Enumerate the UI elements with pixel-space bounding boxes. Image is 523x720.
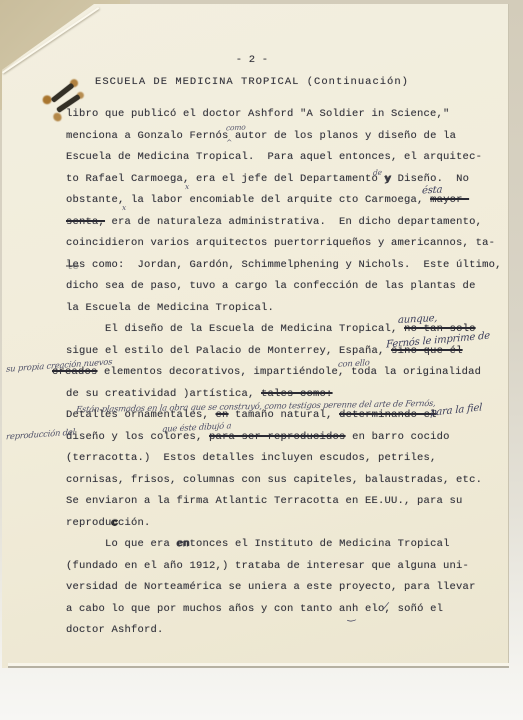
text-line-2: menciona a Gonzalo Fernós autor de los p…	[66, 126, 508, 148]
text-line-9: dicho sea de paso, tuvo a cargo la confe…	[66, 276, 508, 298]
handwritten-insertion-esta: ésta	[421, 179, 442, 202]
text-line-24: a cabo lo que por muchos años y con tant…	[66, 599, 508, 621]
text-line-1: libro que publicó el doctor Ashford "A S…	[66, 104, 508, 126]
text-line-17: (terracotta.) Estos detalles incluyen es…	[66, 448, 508, 470]
handwritten-insertion-aunque: aunque,	[397, 308, 437, 332]
text-line-10: la Escuela de Medicina Tropical.	[66, 298, 508, 320]
struck-text: senta,	[66, 216, 105, 228]
struck-text: determinando el	[339, 409, 437, 421]
document-page: - 2 - ESCUELA DE MEDICINA TROPICAL (Cont…	[2, 4, 509, 668]
handwritten-correction-de: de	[372, 161, 382, 183]
typed-text: to Rafael Carmoega, era el jefe del Depa…	[66, 173, 385, 185]
typed-text: Lo que era	[66, 538, 177, 550]
typed-text: dicho sea de paso, tuvo a cargo la confe…	[66, 280, 476, 292]
typed-text: elementos decorativos, impartiéndole,	[98, 366, 345, 378]
text-line-20: reproducción.	[66, 513, 508, 535]
typed-text: Se enviaron a la firma Atlantic Terracot…	[66, 495, 463, 507]
page-number: - 2 -	[66, 50, 438, 72]
text-line-19: Se enviaron a la firma Atlantic Terracot…	[66, 491, 508, 513]
typed-text: les como: Jordan, Gardón, Schimmelphenin…	[66, 259, 502, 271]
text-line-16: diseño y los colores, para ser reproduci…	[66, 427, 508, 449]
typed-text: Escuela de Medicina Tropical. Para aquel…	[66, 151, 482, 163]
text-line-13: creados elementos decorativos, impartién…	[66, 362, 508, 384]
typed-text: diseño y los colores,	[66, 431, 209, 443]
typed-text: coincidieron varios arquitectos puertorr…	[66, 237, 495, 249]
typed-text: obstante, la labor encomiable del arquit…	[66, 194, 430, 206]
sheet-edge	[6, 668, 508, 669]
typed-text: tamaño natural,	[229, 409, 340, 421]
rust-stain	[52, 111, 64, 123]
text-line-6: senta, era de naturaleza administrativa.…	[66, 212, 508, 234]
text-line-25: doctor Ashford.	[66, 620, 508, 642]
typed-text: (fundado en el año 1912,) trataba de int…	[66, 560, 469, 572]
typed-text: cornisas, frisos, columnas con sus capit…	[66, 474, 482, 486]
typed-text: la Escuela de Medicina Tropical.	[66, 302, 274, 314]
page-title-text: ESCUELA DE MEDICINA TROPICAL (Continuaci…	[95, 76, 409, 88]
handwritten-margin-reproduccion-del: reproducción del	[5, 421, 75, 447]
typed-text: en barro cocido	[346, 431, 450, 443]
typed-text: doctor Ashford.	[66, 624, 164, 636]
struck-text: para ser reproducidos	[209, 431, 346, 443]
text-line-7: coincidieron varios arquitectos puertorr…	[66, 233, 508, 255]
typed-text: El diseño de la Escuela de Medicina Trop…	[66, 323, 404, 335]
typed-text: soñó el	[391, 603, 443, 615]
text-line-21: Lo que era entonces el Instituto de Medi…	[66, 534, 508, 556]
typed-text: libro que publicó el doctor Ashford "A S…	[66, 108, 450, 120]
typed-text: (terracotta.) Estos detalles incluyen es…	[66, 452, 437, 464]
text-line-12: sigue el estilo del Palacio de Monterrey…	[66, 341, 508, 363]
text-line-23: versidad de Norteamérica se uniera a est…	[66, 577, 508, 599]
text-line-5: obstante, la labor encomiable del arquit…	[66, 190, 508, 212]
text-line-18: cornisas, frisos, columnas con sus capit…	[66, 470, 508, 492]
page-title: ESCUELA DE MEDICINA TROPICAL (Continuaci…	[66, 72, 438, 94]
page-number-text: - 2 -	[236, 54, 269, 66]
typed-text: ción.	[118, 517, 151, 529]
typed-overtyped-chars: en	[177, 538, 190, 550]
scanned-document: - 2 - ESCUELA DE MEDICINA TROPICAL (Cont…	[0, 0, 523, 720]
text-line-3: Escuela de Medicina Tropical. Para aquel…	[66, 147, 508, 169]
typed-text: menciona a Gonzalo Fernós	[66, 130, 229, 142]
handwritten-insertion-para-la-fiel: para la fiel	[430, 397, 483, 424]
text-line-22: (fundado en el año 1912,) trataba de int…	[66, 556, 508, 578]
typed-text: a cabo lo que por muchos años y con tant…	[66, 603, 391, 615]
typed-text: era de naturaleza administrativa. En dic…	[105, 216, 482, 228]
handwritten-insertion-con-ello: con ello	[337, 352, 370, 375]
typed-text: tonces el Instituto de Medicina Tropical	[190, 538, 450, 550]
text-line-15: Detalles ornamentales, en tamaño natural…	[66, 405, 508, 427]
typed-text: versidad de Norteamérica se uniera a est…	[66, 581, 476, 593]
typed-text: autor de los planos y diseño de la	[229, 130, 457, 142]
spacer	[66, 93, 508, 104]
typed-text: reprodu	[66, 517, 112, 529]
text-line-8: les como: Jordan, Gardón, Schimmelphenin…	[66, 255, 508, 277]
